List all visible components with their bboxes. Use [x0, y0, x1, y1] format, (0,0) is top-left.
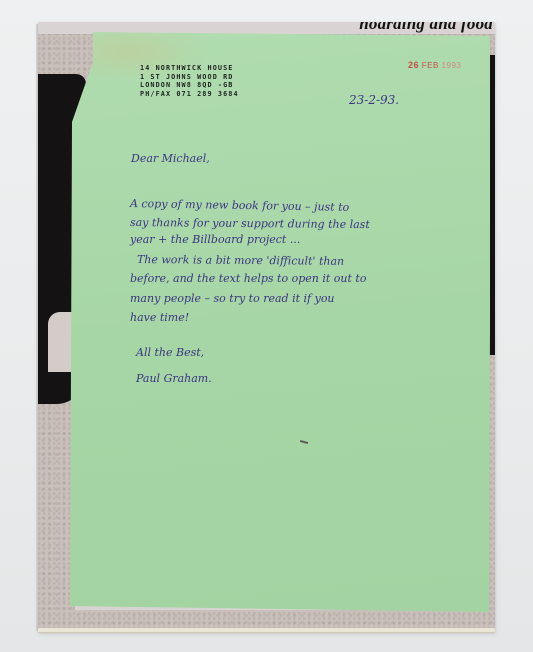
date-stamp: 26 FEB 1993 — [408, 60, 461, 70]
handwritten-date: 23-2-93. — [349, 93, 399, 107]
stamp-year: 1993 — [442, 61, 462, 70]
letterhead-line-1: 14 NORTHWICK HOUSE — [140, 64, 239, 73]
letterhead-line-2: 1 ST JOHNS WOOD RD — [140, 73, 239, 82]
letterhead-address: 14 NORTHWICK HOUSE 1 ST JOHNS WOOD RD LO… — [140, 64, 239, 98]
body-line-6: many people – so try to read it if you — [130, 292, 335, 305]
cover-top-text: hoarding and food — [359, 22, 493, 34]
body-line-7: have time! — [130, 311, 189, 324]
stamp-day: 26 — [408, 60, 419, 70]
body-line-5: before, and the text helps to open it ou… — [130, 272, 366, 285]
letterhead-line-4: PH/FAX 071 289 3684 — [140, 90, 239, 99]
body-line-4: The work is a bit more 'difficult' than — [137, 253, 344, 268]
letterhead-line-3: LONDON NW8 8QD -GB — [140, 81, 239, 90]
closing: All the Best, — [136, 346, 204, 359]
greeting: Dear Michael, — [131, 152, 210, 165]
stamp-month: FEB — [422, 61, 439, 70]
body-line-3: year + the Billboard project ... — [130, 233, 300, 246]
book-bottom-edge — [38, 628, 495, 633]
body-line-2: say thanks for your support during the l… — [130, 216, 370, 231]
signature: Paul Graham. — [136, 372, 212, 385]
